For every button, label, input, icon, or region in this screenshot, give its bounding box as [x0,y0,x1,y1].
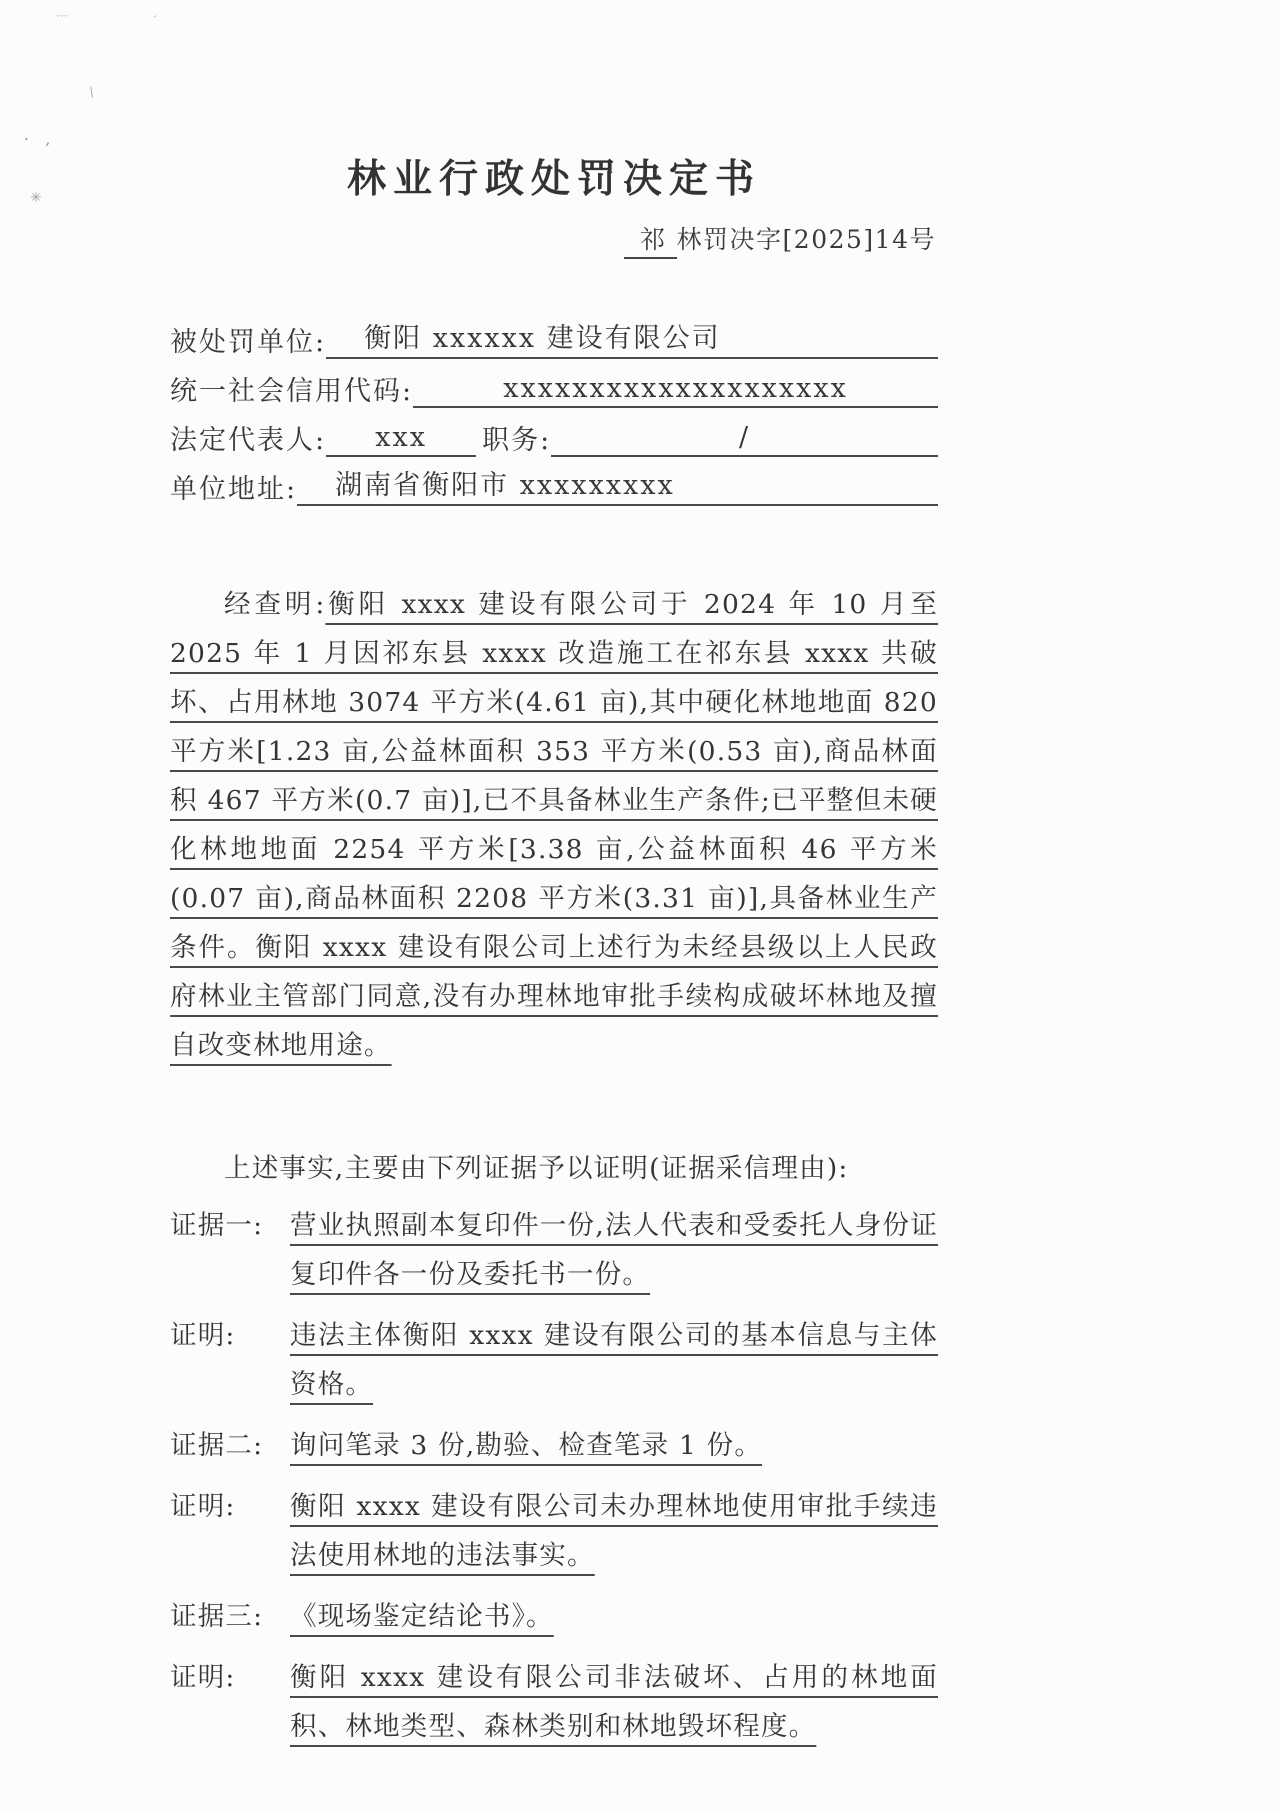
document-page: ﹨ · , ✳ ﹏ ¸ 林业行政处罚决定书 祁林罚决字[2025]14号 被处罚… [0,0,1280,1811]
evidence-proof-label: 证明: [170,1653,290,1751]
field-value-unit-address: 湖南省衡阳市 xxxxxxxxx [297,463,938,506]
findings-body: 衡阳 xxxx 建设有限公司于 2024 年 10 月至 2025 年 1 月因… [170,589,938,1061]
evidence-proof-2: 证明: 衡阳 xxxx 建设有限公司未办理林地使用审批手续违法使用林地的违法事实… [170,1482,938,1580]
findings-paragraph: 经查明:衡阳 xxxx 建设有限公司于 2024 年 10 月至 2025 年 … [170,580,938,1070]
scan-artifact: ✳ [30,190,42,206]
evidence-proof-text: 衡阳 xxxx 建设有限公司未办理林地使用审批手续违法使用林地的违法事实。 [290,1482,938,1580]
field-row-legal-representative: 法定代表人: xxx 职务: / [170,408,938,457]
evidence-item-3: 证据三: 《现场鉴定结论书》。 [170,1592,938,1641]
evidence-item-text-underlined: 营业执照副本复印件一份,法人代表和受委托人身份证复印件各一份及委托书一份。 [290,1210,938,1290]
evidence-item-1: 证据一: 营业执照副本复印件一份,法人代表和受委托人身份证复印件各一份及委托书一… [170,1201,938,1299]
field-value-legal-representative: xxx [326,422,476,457]
evidence-item-text: 《现场鉴定结论书》。 [290,1592,938,1641]
evidence-proof-text: 衡阳 xxxx 建设有限公司非法破坏、占用的林地面积、林地类型、森林类别和林地毁… [290,1653,938,1751]
field-label-penalized-unit: 被处罚单位: [170,320,326,359]
field-value-credit-code: xxxxxxxxxxxxxxxxxxxx [413,373,938,408]
evidence-list: 证据一: 营业执照副本复印件一份,法人代表和受委托人身份证复印件各一份及委托书一… [170,1201,938,1751]
field-row-unit-address: 单位地址: 湖南省衡阳市 xxxxxxxxx [170,457,938,506]
field-row-penalized-unit: 被处罚单位: 衡阳 xxxxxx 建设有限公司 [170,310,938,359]
doc-number: 祁林罚决字[2025]14号 [170,220,938,256]
evidence-item-text: 询问笔录 3 份,勘验、检查笔录 1 份。 [290,1421,938,1470]
evidence-proof-text: 违法主体衡阳 xxxx 建设有限公司的基本信息与主体资格。 [290,1311,938,1409]
evidence-proof-text-underlined: 违法主体衡阳 xxxx 建设有限公司的基本信息与主体资格。 [290,1320,938,1400]
evidence-intro: 上述事实,主要由下列证据予以证明(证据采信理由): [170,1146,938,1185]
evidence-item-label: 证据一: [170,1201,290,1299]
document-content: 林业行政处罚决定书 祁林罚决字[2025]14号 被处罚单位: 衡阳 xxxxx… [170,0,938,1751]
field-label-unit-address: 单位地址: [170,467,297,506]
evidence-item-label: 证据二: [170,1421,290,1470]
field-value-position: / [551,422,938,457]
field-label-credit-code: 统一社会信用代码: [170,369,413,408]
evidence-proof-text-underlined: 衡阳 xxxx 建设有限公司未办理林地使用审批手续违法使用林地的违法事实。 [290,1491,938,1571]
field-label-position: 职务: [482,418,551,457]
field-label-legal-representative: 法定代表人: [170,418,326,457]
scan-artifact: · , [24,130,56,148]
field-value-penalized-unit: 衡阳 xxxxxx 建设有限公司 [326,316,938,359]
evidence-proof-label: 证明: [170,1311,290,1409]
evidence-item-text-underlined: 询问笔录 3 份,勘验、检查笔录 1 份。 [290,1430,762,1461]
evidence-item-label: 证据三: [170,1592,290,1641]
evidence-item-2: 证据二: 询问笔录 3 份,勘验、检查笔录 1 份。 [170,1421,938,1470]
evidence-item-text-underlined: 《现场鉴定结论书》。 [290,1601,554,1632]
doc-number-prefix: 祁 [624,225,677,259]
findings-lead: 经查明: [170,589,325,620]
doc-number-rest: 林罚决字[2025]14号 [677,225,936,254]
evidence-proof-1: 证明: 违法主体衡阳 xxxx 建设有限公司的基本信息与主体资格。 [170,1311,938,1409]
page-title: 林业行政处罚决定书 [170,148,938,204]
fields-section: 被处罚单位: 衡阳 xxxxxx 建设有限公司 统一社会信用代码: xxxxxx… [170,310,938,506]
evidence-proof-label: 证明: [170,1482,290,1580]
evidence-proof-text-underlined: 衡阳 xxxx 建设有限公司非法破坏、占用的林地面积、林地类型、森林类别和林地毁… [290,1662,938,1742]
evidence-item-text: 营业执照副本复印件一份,法人代表和受委托人身份证复印件各一份及委托书一份。 [290,1201,938,1299]
evidence-proof-3: 证明: 衡阳 xxxx 建设有限公司非法破坏、占用的林地面积、林地类型、森林类别… [170,1653,938,1751]
scan-artifact: ﹨ [82,77,101,102]
field-row-credit-code: 统一社会信用代码: xxxxxxxxxxxxxxxxxxxx [170,359,938,408]
